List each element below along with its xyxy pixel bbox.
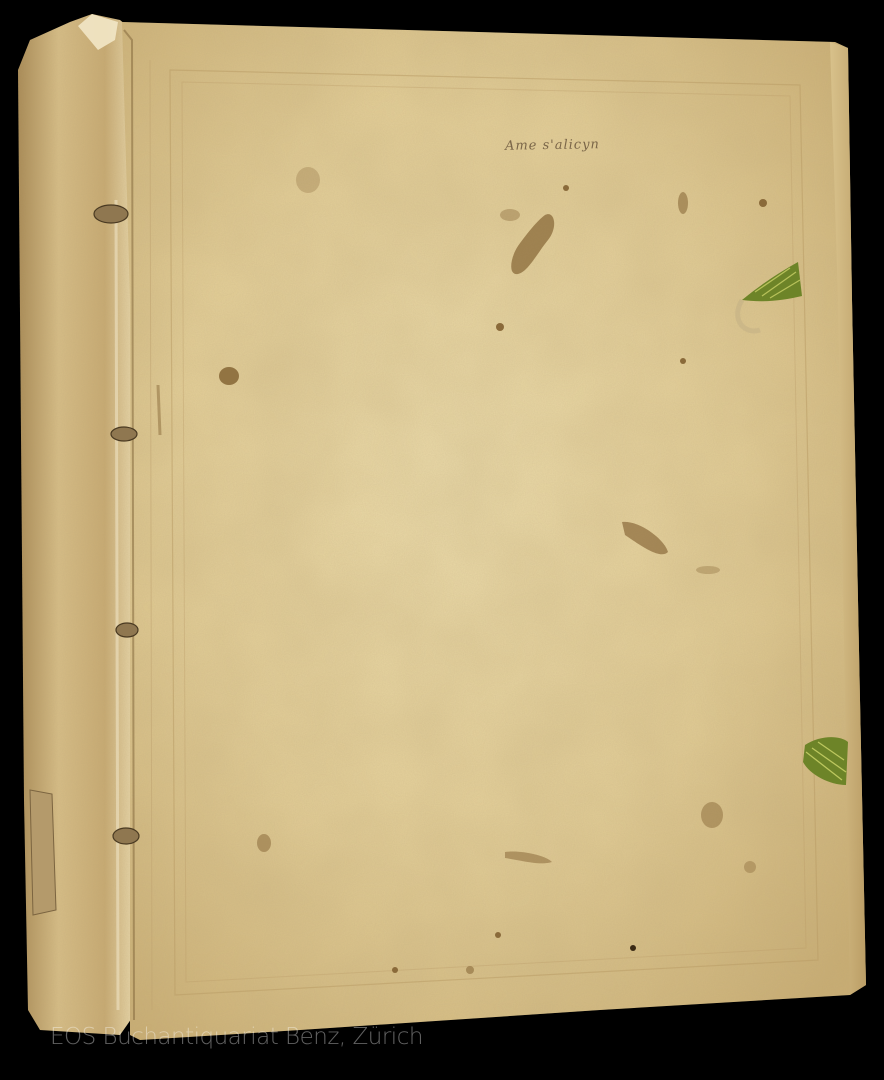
book-illustration — [0, 0, 884, 1080]
photo-scene: Ame s'alicyn EOS Buchantiquariat Benz, Z… — [0, 0, 884, 1080]
spine-label — [30, 790, 56, 915]
watermark-text: EOS Buchantiquariat Benz, Zürich — [50, 1024, 423, 1050]
handwritten-inscription: Ame s'alicyn — [505, 137, 600, 154]
